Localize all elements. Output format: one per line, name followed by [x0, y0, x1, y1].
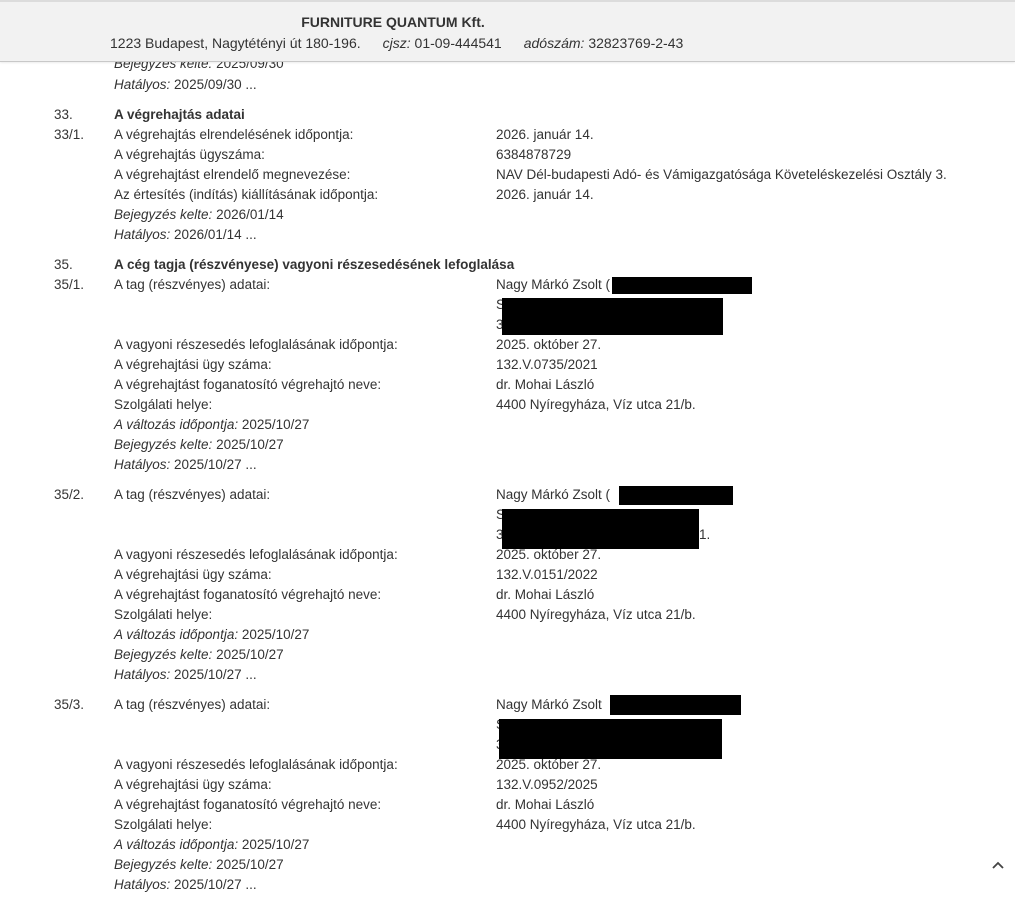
hatalyos: Hatályos: 2025/10/27 ...: [114, 665, 257, 685]
field-value: dr. Mohai László: [496, 585, 594, 605]
redaction-block: [502, 509, 699, 549]
bejegyzes-kelte: Bejegyzés kelte: 2025/10/27: [114, 645, 284, 665]
chevron-up-icon: [991, 860, 1005, 870]
hatalyos-value: 2025/10/27 ...: [174, 877, 257, 892]
field-value: 132.V.0151/2022: [496, 565, 598, 585]
valtozas-label: A változás időpontja:: [114, 837, 238, 852]
field-label: A végrehajtás ügyszáma:: [114, 145, 265, 165]
member-label: A tag (részvényes) adatai:: [114, 275, 270, 295]
bejegyzes-value: 2025/10/27: [216, 437, 284, 452]
company-name: FURNITURE QUANTUM Kft.: [0, 14, 786, 30]
hatalyos-label: Hatályos:: [114, 667, 170, 682]
field-label: A végrehajtást elrendelő megnevezése:: [114, 165, 350, 185]
redaction-block: [612, 277, 752, 294]
scroll-to-top-button[interactable]: [988, 855, 1008, 875]
hatalyos-value: 2025/10/27 ...: [174, 457, 257, 472]
field-value: 6384878729: [496, 145, 571, 165]
field-label: A végrehajtást foganatosító végrehajtó n…: [114, 585, 381, 605]
field-value: 2025. október 27.: [496, 755, 601, 775]
field-value: 2025. október 27.: [496, 545, 601, 565]
redaction-block: [610, 695, 741, 715]
field-label: A végrehajtási ügy száma:: [114, 775, 272, 795]
adoszam-value: 32823769-2-43: [588, 35, 683, 51]
field-label: A vagyoni részesedés lefoglalásának időp…: [114, 755, 398, 775]
section-number: 33.: [54, 105, 73, 125]
hatalyos-value: 2025/10/27 ...: [174, 667, 257, 682]
field-value: 4400 Nyíregyháza, Víz utca 21/b.: [496, 815, 696, 835]
company-details: 1223 Budapest, Nagytétényi út 180-196.cj…: [110, 35, 683, 51]
entry-number: 35/2.: [54, 485, 84, 505]
field-label: Szolgálati helye:: [114, 815, 212, 835]
company-address: 1223 Budapest, Nagytétényi út 180-196.: [110, 35, 361, 51]
valtozas-idopontja: A változás időpontja: 2025/10/27: [114, 625, 309, 645]
bejegyzes-label: Bejegyzés kelte:: [114, 207, 212, 222]
hatalyos-label: Hatályos:: [114, 227, 170, 242]
field-value: 132.V.0735/2021: [496, 355, 598, 375]
bejegyzes-value: 2026/01/14: [216, 207, 284, 222]
hatalyos-value: 2026/01/14 ...: [174, 227, 257, 242]
member-label: A tag (részvényes) adatai:: [114, 695, 270, 715]
bejegyzes-value: 2025/10/27: [216, 647, 284, 662]
field-label: A vagyoni részesedés lefoglalásának időp…: [114, 545, 398, 565]
hatalyos-label: Hatályos:: [114, 457, 170, 472]
redaction-block: [619, 486, 733, 505]
hatalyos: Hatályos: 2025/10/27 ...: [114, 875, 257, 895]
field-value: 2025. október 27.: [496, 335, 601, 355]
adoszam-label: adószám:: [524, 35, 585, 51]
hatalyos: Hatályos: 2026/01/14 ...: [114, 225, 257, 245]
field-label: A végrehajtási ügy száma:: [114, 565, 272, 585]
field-label: A végrehajtási ügy száma:: [114, 355, 272, 375]
field-value: NAV Dél-budapesti Adó- és Vámigazgatóság…: [496, 165, 947, 185]
valtozas-idopontja: A változás időpontja: 2025/10/27: [114, 415, 309, 435]
field-value: 2026. január 14.: [496, 185, 594, 205]
field-label: A végrehajtást foganatosító végrehajtó n…: [114, 795, 381, 815]
section-title: A végrehajtás adatai: [114, 105, 245, 125]
member-name: Nagy Márkó Zsolt (: [496, 275, 610, 295]
valtozas-label: A változás időpontja:: [114, 627, 238, 642]
entry-number: 33/1.: [54, 125, 84, 145]
member-address-tail: 1.: [699, 525, 710, 545]
cjsz-label: cjsz:: [383, 35, 411, 51]
field-label: A vagyoni részesedés lefoglalásának időp…: [114, 335, 398, 355]
member-label: A tag (részvényes) adatai:: [114, 485, 270, 505]
bejegyzes-label: Bejegyzés kelte:: [114, 647, 212, 662]
field-value: 4400 Nyíregyháza, Víz utca 21/b.: [496, 605, 696, 625]
cjsz-value: 01-09-444541: [415, 35, 502, 51]
section-number: 35.: [54, 255, 73, 275]
bejegyzes-kelte: Bejegyzés kelte: 2026/01/14: [114, 205, 284, 225]
valtozas-value: 2025/10/27: [242, 417, 310, 432]
bejegyzes-value: 2025/10/27: [216, 857, 284, 872]
bejegyzes-kelte: Bejegyzés kelte: 2025/10/27: [114, 435, 284, 455]
bejegyzes-label: Bejegyzés kelte:: [114, 857, 212, 872]
field-value: 4400 Nyíregyháza, Víz utca 21/b.: [496, 395, 696, 415]
redaction-block: [502, 298, 723, 335]
entry-number: 35/1.: [54, 275, 84, 295]
member-name: Nagy Márkó Zsolt: [496, 695, 602, 715]
redaction-block: [499, 719, 722, 759]
field-label: Szolgálati helye:: [114, 605, 212, 625]
valtozas-value: 2025/10/27: [242, 627, 310, 642]
company-header: FURNITURE QUANTUM Kft. 1223 Budapest, Na…: [0, 0, 1015, 62]
field-label: Szolgálati helye:: [114, 395, 212, 415]
hatalyos-label: Hatályos:: [114, 77, 170, 92]
field-value: dr. Mohai László: [496, 375, 594, 395]
hatalyos-label: Hatályos:: [114, 877, 170, 892]
valtozas-idopontja: A változás időpontja: 2025/10/27: [114, 835, 309, 855]
field-label: A végrehajtás elrendelésének időpontja:: [114, 125, 353, 145]
hatalyos: Hatályos: 2025/10/27 ...: [114, 455, 257, 475]
hatalyos-value: 2025/09/30 ...: [174, 77, 257, 92]
prev-hatalyos: Hatályos: 2025/09/30 ...: [114, 75, 257, 95]
field-value: dr. Mohai László: [496, 795, 594, 815]
valtozas-label: A változás időpontja:: [114, 417, 238, 432]
field-value: 132.V.0952/2025: [496, 775, 598, 795]
entry-number: 35/3.: [54, 695, 84, 715]
valtozas-value: 2025/10/27: [242, 837, 310, 852]
member-name: Nagy Márkó Zsolt (: [496, 485, 610, 505]
section-title: A cég tagja (részvényese) vagyoni részes…: [114, 255, 514, 275]
field-label: Az értesítés (indítás) kiállításának idő…: [114, 185, 378, 205]
field-label: A végrehajtást foganatosító végrehajtó n…: [114, 375, 381, 395]
bejegyzes-label: Bejegyzés kelte:: [114, 437, 212, 452]
field-value: 2026. január 14.: [496, 125, 594, 145]
bejegyzes-kelte: Bejegyzés kelte: 2025/10/27: [114, 855, 284, 875]
